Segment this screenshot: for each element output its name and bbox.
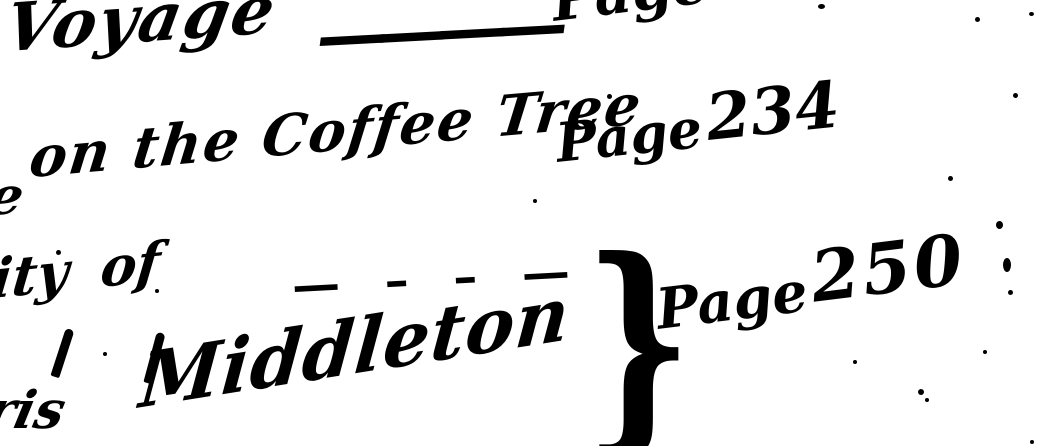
line1-filler-line: ———— bbox=[314, 0, 558, 75]
ink-speck bbox=[975, 17, 980, 22]
line2-page-label: Page bbox=[553, 96, 705, 175]
ink-speck bbox=[103, 352, 107, 356]
ink-speck bbox=[1030, 440, 1034, 444]
line1-page-number: 117 bbox=[707, 0, 844, 4]
ink-speck bbox=[533, 199, 537, 203]
ink-speck bbox=[607, 94, 612, 99]
line1-page-reference: Page 117 bbox=[548, 0, 846, 34]
line1-entry-title: Voyage bbox=[0, 0, 282, 65]
ink-speck bbox=[1029, 12, 1034, 16]
ink-speck bbox=[1008, 290, 1013, 295]
ink-speck bbox=[155, 289, 159, 293]
ink-speck bbox=[948, 176, 953, 181]
ink-speck bbox=[983, 350, 987, 354]
ink-speck bbox=[1003, 258, 1011, 272]
ink-speck bbox=[56, 250, 61, 255]
line3-left-edge-fragment: ity of bbox=[0, 232, 163, 310]
line4-page-number: 250 bbox=[806, 217, 970, 318]
ink-stroke bbox=[50, 328, 74, 378]
line4-left-edge-fragment: ris bbox=[0, 382, 71, 439]
line4-page-label: Page bbox=[653, 259, 812, 343]
ink-speck bbox=[1013, 93, 1018, 98]
line1-page-label: Page bbox=[548, 0, 712, 35]
ink-speck bbox=[925, 398, 929, 402]
ink-speck bbox=[996, 221, 1003, 229]
ink-speck bbox=[853, 360, 857, 364]
manuscript-scan: Voyage ———— Page 117 e on the Coffee Tre… bbox=[0, 0, 1037, 446]
ink-speck bbox=[818, 4, 825, 9]
ink-speck bbox=[918, 389, 924, 395]
line4-page-reference: Page 250 bbox=[651, 228, 970, 342]
line2-entry-title: on the Coffee Tree bbox=[26, 74, 646, 190]
line2-left-edge-fragment: e bbox=[0, 168, 29, 225]
line2-page-number: 234 bbox=[702, 67, 843, 156]
